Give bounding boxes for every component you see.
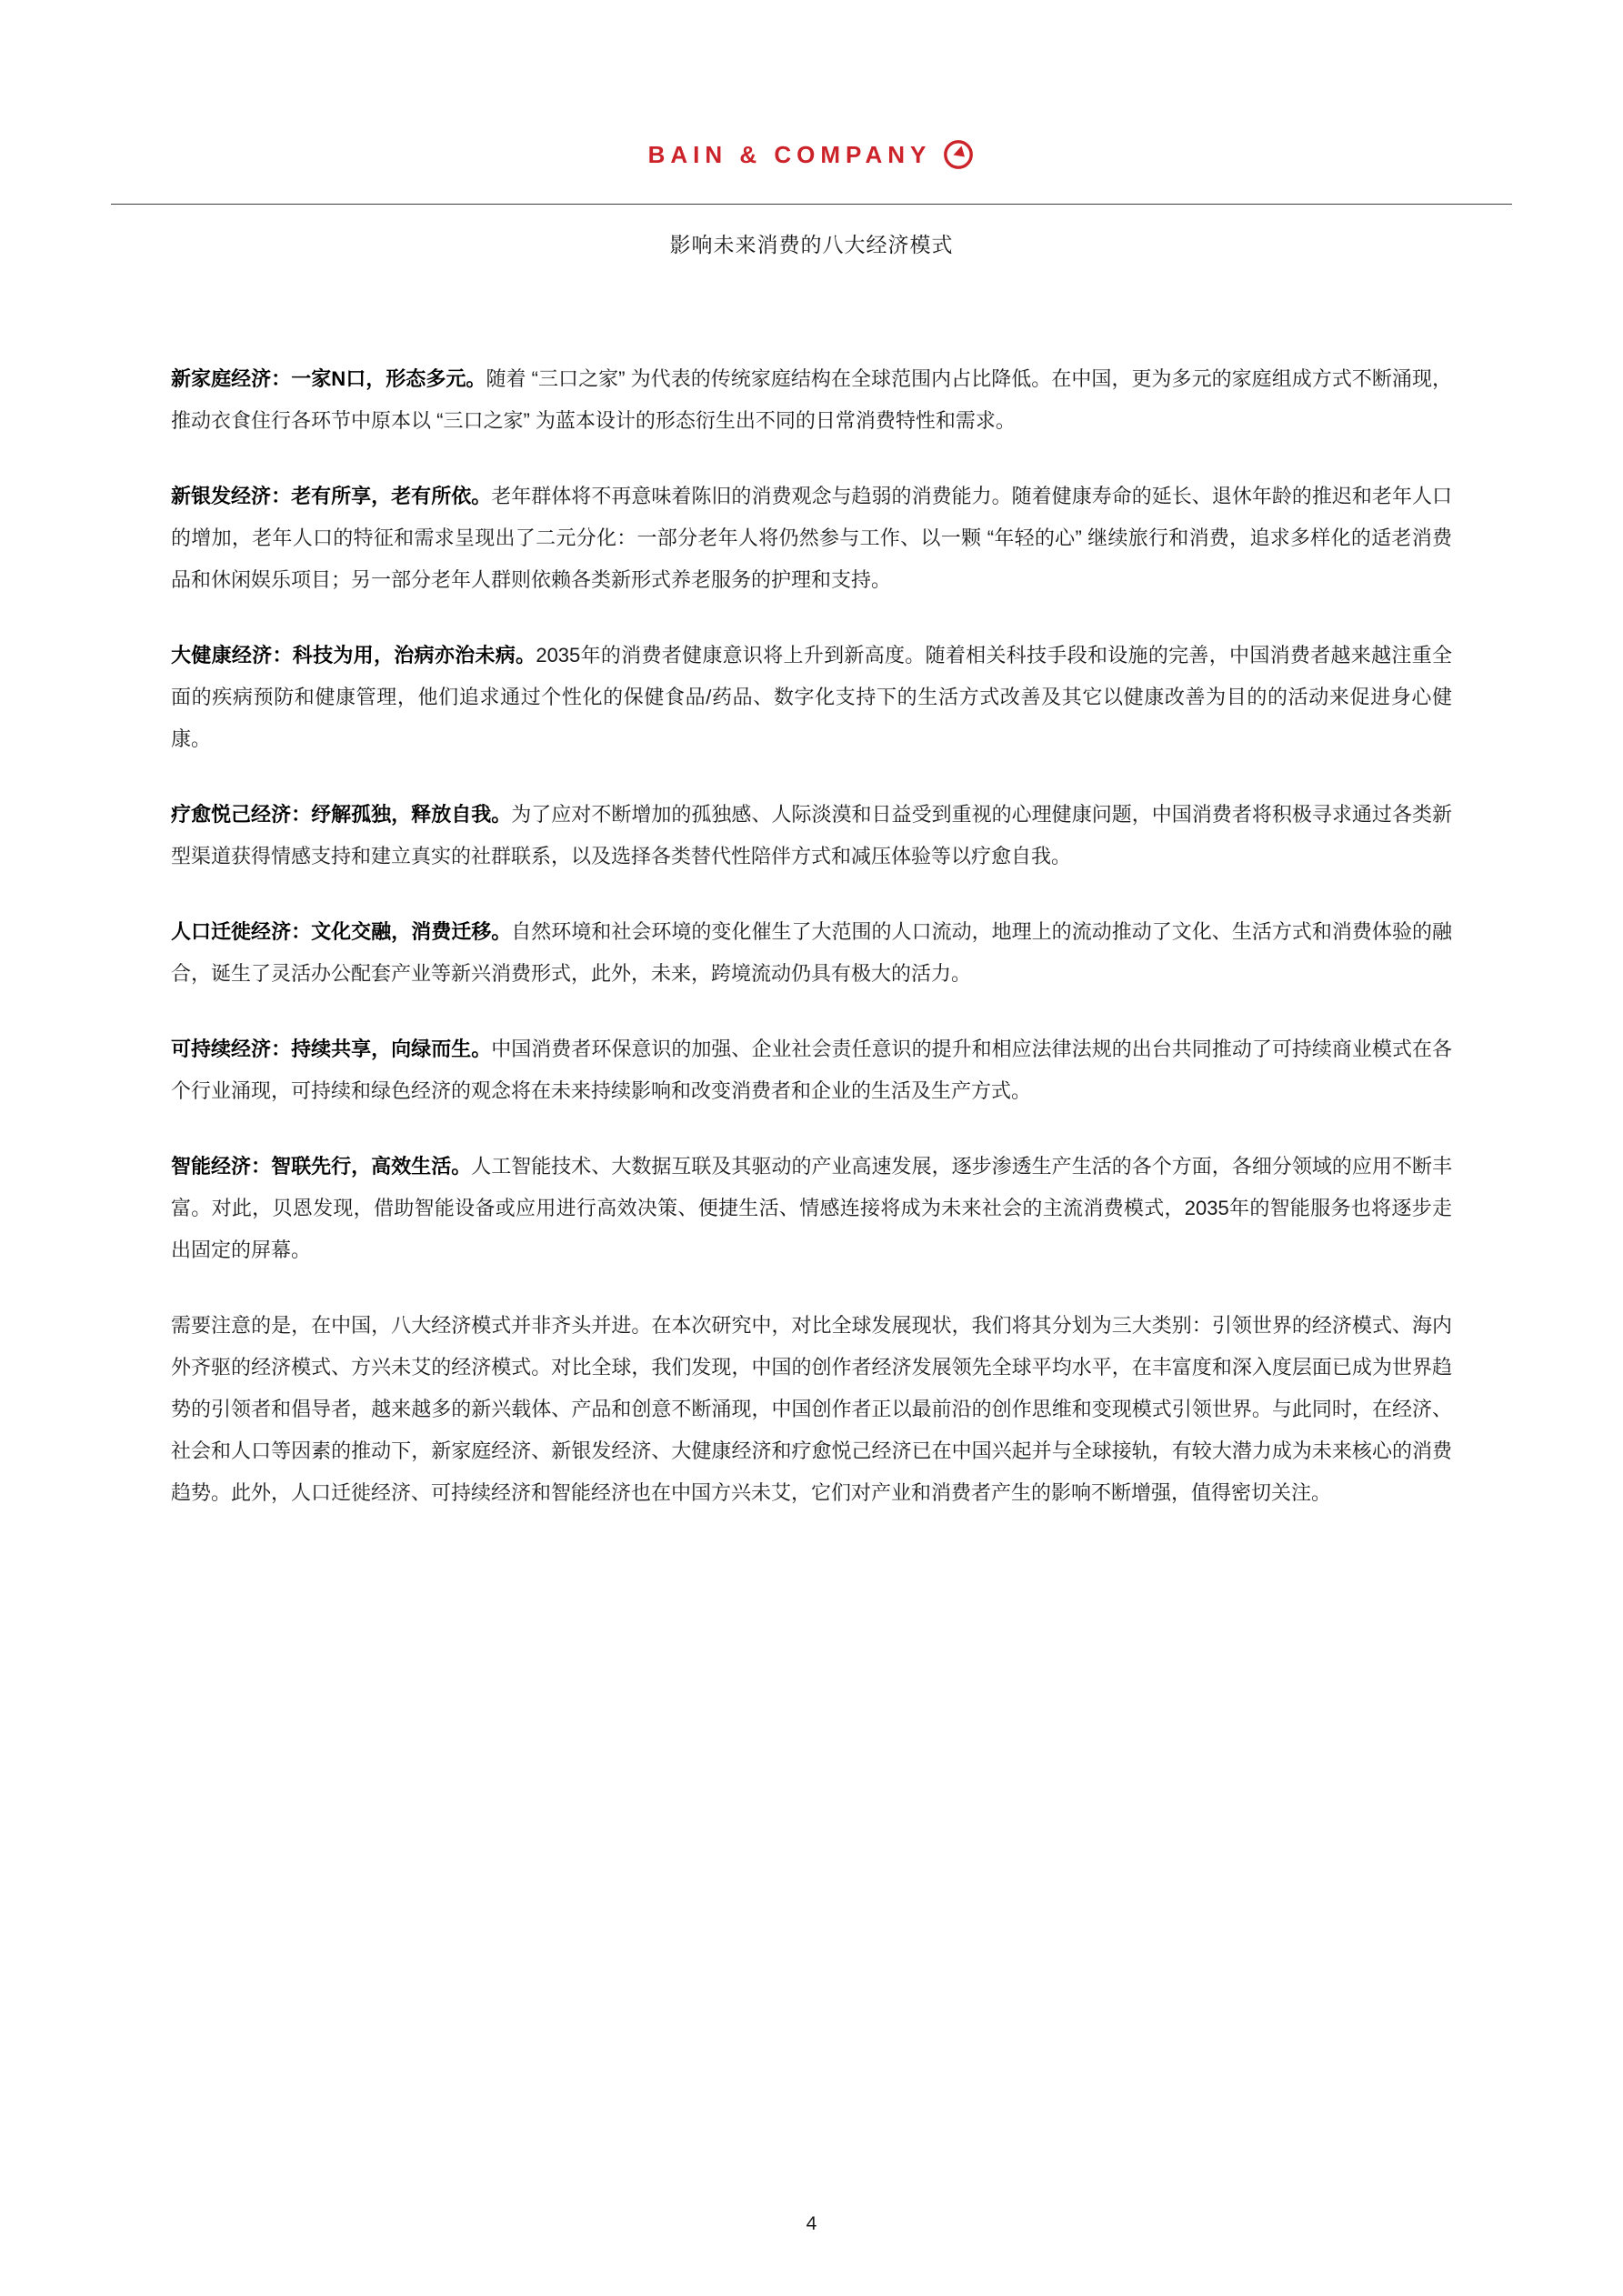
paragraph-smart-economy: 智能经济：智联先行，高效生活。人工智能技术、大数据互联及其驱动的产业高速发展，逐… bbox=[171, 1146, 1452, 1271]
body-content: 新家庭经济：一家N口，形态多元。随着 “三口之家” 为代表的传统家庭结构在全球范… bbox=[171, 358, 1452, 1514]
bain-compass-icon bbox=[942, 138, 975, 171]
bain-logo: BAIN & COMPANY bbox=[0, 0, 1623, 171]
paragraph-lead: 智能经济：智联先行，高效生活。 bbox=[171, 1155, 471, 1178]
paragraph-closing-note: 需要注意的是，在中国，八大经济模式并非齐头并进。在本次研究中，对比全球发展现状，… bbox=[171, 1305, 1452, 1514]
header-divider bbox=[111, 204, 1512, 205]
running-header-title: 影响未来消费的八大经济模式 bbox=[0, 228, 1623, 258]
paragraph-big-health-economy: 大健康经济：科技为用，治病亦治未病。2035年的消费者健康意识将上升到新高度。随… bbox=[171, 635, 1452, 760]
paragraph-sustainable-economy: 可持续经济：持续共享，向绿而生。中国消费者环保意识的加强、企业社会责任意识的提升… bbox=[171, 1028, 1452, 1112]
paragraph-lead: 大健康经济：科技为用，治病亦治未病。 bbox=[171, 644, 536, 667]
paragraph-body: 需要注意的是，在中国，八大经济模式并非齐头并进。在本次研究中，对比全球发展现状，… bbox=[171, 1314, 1452, 1504]
paragraph-lead: 可持续经济：持续共享，向绿而生。 bbox=[171, 1038, 491, 1060]
paragraph-migration-economy: 人口迁徙经济：文化交融，消费迁移。自然环境和社会环境的变化催生了大范围的人口流动… bbox=[171, 911, 1452, 995]
report-page: BAIN & COMPANY 影响未来消费的八大经济模式 新家庭经济：一家N口，… bbox=[0, 0, 1623, 2296]
paragraph-lead: 人口迁徙经济：文化交融，消费迁移。 bbox=[171, 920, 511, 943]
paragraph-new-silver-economy: 新银发经济：老有所享，老有所依。老年群体将不再意味着陈旧的消费观念与趋弱的消费能… bbox=[171, 476, 1452, 601]
bain-logo-text: BAIN & COMPANY bbox=[648, 143, 932, 166]
paragraph-new-family-economy: 新家庭经济：一家N口，形态多元。随着 “三口之家” 为代表的传统家庭结构在全球范… bbox=[171, 358, 1452, 442]
paragraph-lead: 新家庭经济：一家N口，形态多元。 bbox=[171, 367, 486, 390]
paragraph-lead: 疗愈悦己经济：纾解孤独，释放自我。 bbox=[171, 803, 511, 826]
paragraph-lead: 新银发经济：老有所享，老有所依。 bbox=[171, 485, 491, 507]
footer-page-number: 4 bbox=[0, 2213, 1623, 2235]
paragraph-healing-self-pleasing-economy: 疗愈悦己经济：纾解孤独，释放自我。为了应对不断增加的孤独感、人际淡漠和日益受到重… bbox=[171, 794, 1452, 877]
